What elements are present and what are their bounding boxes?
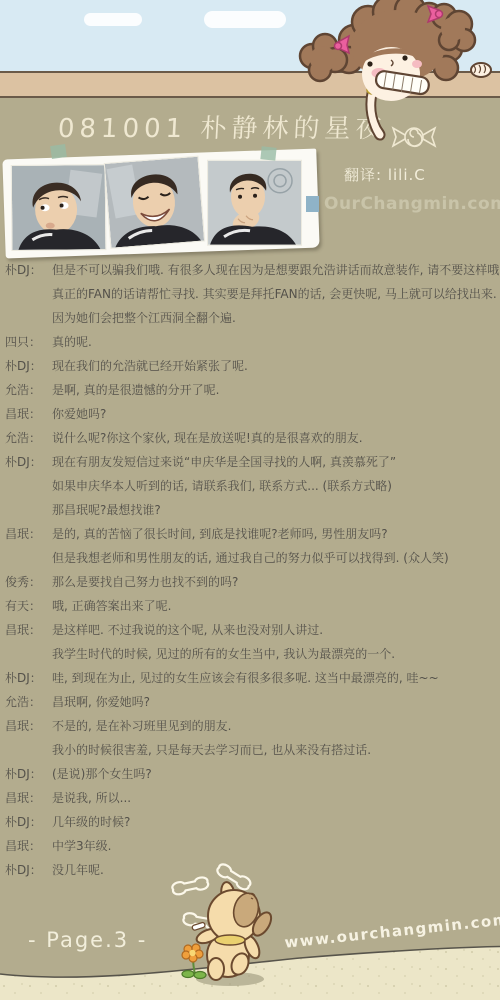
dialogue-entry: 允浩：是啊, 真的是很遗憾的分开了呢. xyxy=(5,378,498,402)
page-number-label: - Page.3 - xyxy=(28,928,147,952)
dialogue-entry: 朴DJ：但是不可以骗我们哦. 有很多人现在因为是想要跟允浩讲话而故意装作, 请不… xyxy=(5,258,498,330)
dialogue-line: 真正的FAN的话请帮忙寻找. 其实要是拜托FAN的话, 会更快呢, 马上就可以给… xyxy=(52,282,498,306)
speaker-label: 允浩： xyxy=(5,690,52,714)
speaker-label: 昌珉： xyxy=(5,522,52,570)
speaker-label: 昌珉： xyxy=(5,834,52,858)
page: 081001 朴静林的星夜 xyxy=(0,0,500,1000)
dialogue-line: 那昌珉呢?最想找谁? xyxy=(52,498,498,522)
dialogue-line: (是说)那个女生吗? xyxy=(52,762,498,786)
dialogue-entry: 允浩：昌珉啊, 你爱她吗? xyxy=(5,690,498,714)
dialogue-line: 是这样吧. 不过我说的这个呢, 从来也没对别人讲过. xyxy=(52,618,498,642)
dialogue-entry: 有天：哦, 正确答案出来了呢. xyxy=(5,594,498,618)
speaker-label: 昌珉： xyxy=(5,786,52,810)
dialogue-entry: 俊秀：那么是要找自己努力也找不到的吗? xyxy=(5,570,498,594)
speaker-label: 朴DJ： xyxy=(5,354,52,378)
dialogue-line: 我小的时候很害羞, 只是每天去学习而已, 也从来没有搭过话. xyxy=(52,738,498,762)
dialogue: 朴DJ：但是不可以骗我们哦. 有很多人现在因为是想要跟允浩讲话而故意装作, 请不… xyxy=(5,258,498,882)
tape-icon xyxy=(50,144,67,159)
cloud-shape xyxy=(204,11,286,28)
dialogue-entry: 昌珉：是说我, 所以... xyxy=(5,786,498,810)
dialogue-line: 是的, 真的苦恼了很长时间, 到底是找谁呢?老师吗, 男性朋友吗? xyxy=(52,522,498,546)
dialogue-line: 昌珉啊, 你爱她吗? xyxy=(52,690,498,714)
dialogue-line: 但是我想老师和男性朋友的话, 通过我自己的努力似乎可以找得到. (众人笑) xyxy=(52,546,498,570)
speaker-label: 允浩： xyxy=(5,378,52,402)
dialogue-entry: 朴DJ：(是说)那个女生吗? xyxy=(5,762,498,786)
speaker-label: 昌珉： xyxy=(5,618,52,666)
dialogue-line: 现在有朋友发短信过来说“申庆华是全国寻找的人啊, 真羡慕死了” xyxy=(52,450,498,474)
dialogue-line: 那么是要找自己努力也找不到的吗? xyxy=(52,570,498,594)
dialogue-entry: 昌珉：是这样吧. 不过我说的这个呢, 从来也没对别人讲过.我学生时代的时候, 见… xyxy=(5,618,498,666)
dialogue-line: 但是不可以骗我们哦. 有很多人现在因为是想要跟允浩讲话而故意装作, 请不要这样哦… xyxy=(52,258,498,282)
tape-icon xyxy=(260,146,276,160)
dialogue-entry: 朴DJ：现在我们的允浩就已经开始紧张了呢. xyxy=(5,354,498,378)
dialogue-line: 如果申庆华本人听到的话, 请联系我们, 联系方式... (联系方式略) xyxy=(52,474,498,498)
dialogue-entry: 朴DJ：哇, 到现在为止, 见过的女生应该会有很多很多呢. 这当中最漂亮的, 哇… xyxy=(5,666,498,690)
translator-credit: 翻译: lili.C xyxy=(344,164,426,185)
dialogue-line: 不是的, 是在补习班里见到的朋友. xyxy=(52,714,498,738)
flower-icon xyxy=(182,944,206,979)
speaker-label: 昌珉： xyxy=(5,714,52,762)
dialogue-entry: 允浩：说什么呢?你这个家伙, 现在是放送呢!真的是很喜欢的朋友. xyxy=(5,426,498,450)
dialogue-entry: 昌珉：不是的, 是在补习班里见到的朋友.我小的时候很害羞, 只是每天去学习而已,… xyxy=(5,714,498,762)
tape-icon xyxy=(306,196,319,212)
speaker-label: 朴DJ： xyxy=(5,450,52,522)
peeking-girl-illustration xyxy=(292,0,497,150)
changmin-smile-photo xyxy=(104,156,205,249)
dialogue-line: 说什么呢?你这个家伙, 现在是放送呢!真的是很喜欢的朋友. xyxy=(52,426,498,450)
dialogue-line: 真的呢. xyxy=(52,330,498,354)
dialogue-entry: 四只：真的呢. xyxy=(5,330,498,354)
dialogue-line: 是啊, 真的是很遗憾的分开了呢. xyxy=(52,378,498,402)
site-watermark[interactable]: OurChangmin.com xyxy=(324,194,500,214)
dialogue-line: 是说我, 所以... xyxy=(52,786,498,810)
speaker-label: 四只： xyxy=(5,330,52,354)
speaker-label: 朴DJ： xyxy=(5,858,52,882)
speaker-label: 昌珉： xyxy=(5,402,52,426)
dialogue-entry: 昌珉：是的, 真的苦恼了很长时间, 到底是找谁呢?老师吗, 男性朋友吗?但是我想… xyxy=(5,522,498,570)
speaker-label: 朴DJ： xyxy=(5,762,52,786)
speaker-label: 朴DJ： xyxy=(5,258,52,330)
speaker-label: 朴DJ： xyxy=(5,666,52,690)
cloud-shape xyxy=(84,13,142,26)
dialogue-line: 你爱她吗? xyxy=(52,402,498,426)
dialogue-line: 几年级的时候? xyxy=(52,810,498,834)
dialogue-line: 哦, 正确答案出来了呢. xyxy=(52,594,498,618)
photo-strip xyxy=(2,149,319,259)
dialogue-entry: 朴DJ：现在有朋友发短信过来说“申庆华是全国寻找的人啊, 真羡慕死了”如果申庆华… xyxy=(5,450,498,522)
puppy-drawing-bones-illustration xyxy=(150,852,310,1000)
dialogue-line: 现在我们的允浩就已经开始紧张了呢. xyxy=(52,354,498,378)
speaker-label: 有天： xyxy=(5,594,52,618)
dialogue-line: 哇, 到现在为止, 见过的女生应该会有很多很多呢. 这当中最漂亮的, 哇~~ xyxy=(52,666,498,690)
changmin-side-glance-photo xyxy=(11,164,107,251)
dialogue-line: 因为她们会把整个江西洞全翻个遍. xyxy=(52,306,498,330)
dialogue-entry: 朴DJ：几年级的时候? xyxy=(5,810,498,834)
speaker-label: 朴DJ： xyxy=(5,810,52,834)
dialogue-line: 我学生时代的时候, 见过的所有的女生当中, 我认为最漂亮的一个. xyxy=(52,642,498,666)
speaker-label: 允浩： xyxy=(5,426,52,450)
speaker-label: 俊秀： xyxy=(5,570,52,594)
dialogue-entry: 昌珉：你爱她吗? xyxy=(5,402,498,426)
changmin-chin-rest-photo xyxy=(207,160,302,246)
